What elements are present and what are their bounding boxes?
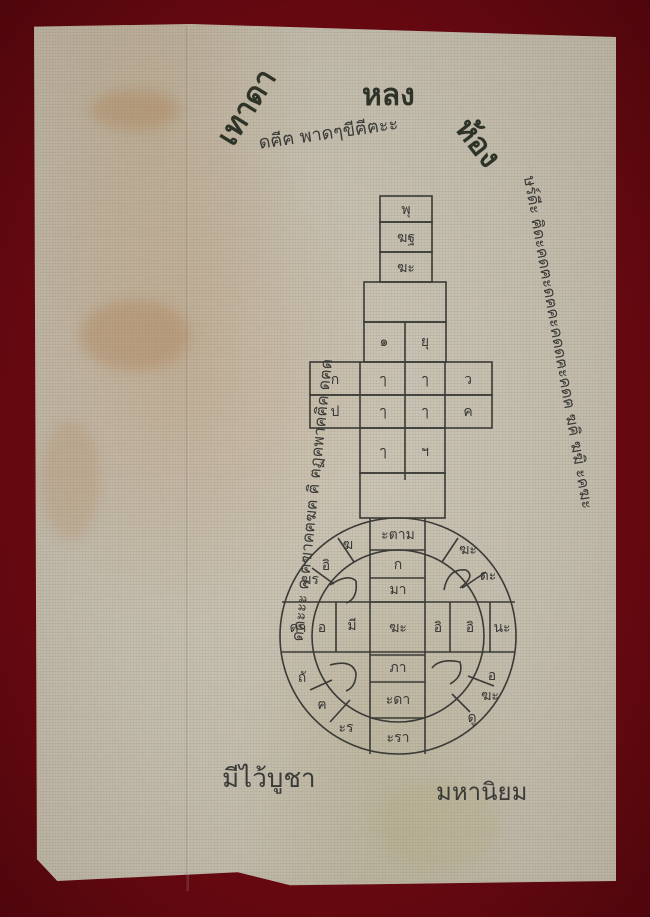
ring-cell: ฆะ: [481, 688, 499, 704]
circle-center-cell: มา: [389, 582, 406, 598]
tower-cell-3: ฆะ: [397, 260, 415, 276]
circle-top: ะตาม: [381, 527, 415, 543]
circle-center-cell: ะดา: [386, 692, 410, 708]
cross-cell: ๅ: [380, 444, 387, 460]
circle-center-cell: ภา: [389, 660, 406, 676]
circle-right-cell: อิ: [434, 620, 442, 636]
ring-cell: ฆ: [343, 537, 353, 553]
cross-cell: ยุ: [421, 334, 429, 350]
ring-cell: ฆะ: [459, 542, 477, 558]
ring-cell: ดะ: [480, 568, 497, 584]
circle-left-cell: มี: [347, 618, 356, 634]
yantra-diagram: พุ ฆฐ ฆะ ๑ ยุ ก ๅ ๅ ว ป ๅ ๅ ค ๅ ฯ ะตาม ก…: [0, 0, 650, 917]
cross-cell: ๅ: [380, 372, 387, 388]
tower-cell-1: พุ: [401, 202, 410, 218]
footer-right-text: มหานิยม: [436, 772, 527, 811]
ring-cell: ะรา: [387, 730, 410, 746]
ring-cell: อ: [488, 668, 496, 684]
circle-center-cell: ก: [394, 557, 402, 573]
ring-cell: ถั: [298, 670, 306, 686]
ring-cell: ดู: [467, 710, 476, 726]
footer-left-text: มีไว้บูชา: [222, 758, 316, 799]
circle-center-cell: ฆะ: [389, 620, 407, 636]
cross-cell: ๅ: [422, 404, 429, 420]
cross-cell: ว: [464, 372, 472, 388]
cross-cell: ๅ: [422, 372, 429, 388]
ring-cell: อิ: [322, 558, 330, 574]
circle-right-cell: นะ: [493, 620, 510, 636]
tower-cell-2: ฆฐ: [397, 230, 415, 246]
circle-left-cell: อ: [318, 620, 326, 636]
cross-cell: ค: [463, 404, 472, 420]
cross-cell: ป: [331, 404, 340, 420]
cross-cell: ๑: [380, 334, 389, 350]
cross-cell: ฯ: [421, 444, 429, 460]
cross-cell: ๅ: [380, 404, 387, 420]
ring-cell: ะร: [338, 720, 354, 736]
ring-cell: ฆร: [301, 572, 319, 588]
ring-cell: ฅ: [317, 697, 326, 713]
circle-right-cell: อิ: [466, 620, 474, 636]
cross-cell: ก: [331, 372, 339, 388]
circle-left-cell: ดา: [290, 620, 307, 636]
